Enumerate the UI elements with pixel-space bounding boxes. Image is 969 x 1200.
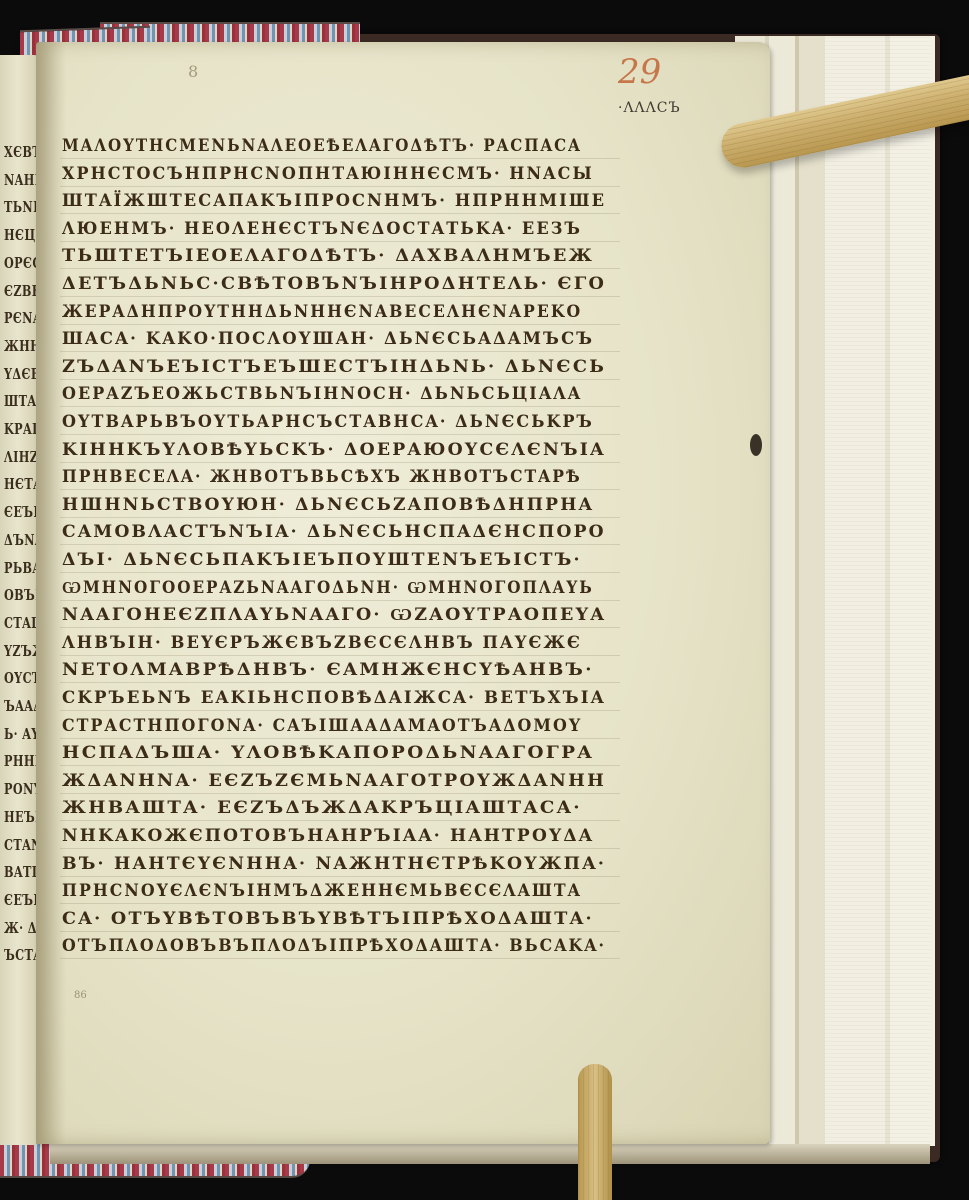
wooden-pointer-bottom <box>578 1064 612 1200</box>
manuscript-line: ϹΚΡЪΕЬΝЪ ΕΑΚΙЬΗϹΠΟΒѢΔΑΙЖϹΑ· ΒΕΤЪΧЪΙΑ <box>62 688 606 708</box>
manuscript-line: ΧΡΗϹΤΟϹЪΗΠΡΗϹΝΟΠΗΤΑЮΙΗНЄϹΜЪ· ΗΝΑϹЫ <box>62 164 594 184</box>
ruling-line <box>60 848 620 849</box>
ruling-line <box>60 931 620 932</box>
manuscript-line: ΟΤЪΠΛΟΔΟΒЪΒЪΠΛΟΔЪΙΠΡѢΧΟΔΑШΤΑ· ΒЬϹΑΚΑ· <box>62 936 606 956</box>
ruling-line <box>60 627 620 628</box>
ruling-line <box>60 462 620 463</box>
ruling-line <box>60 186 620 187</box>
ruling-line <box>60 324 620 325</box>
small-mark: 8 <box>188 62 198 81</box>
folio-number: 29 <box>618 52 661 92</box>
ruling-line <box>60 710 620 711</box>
ruling-line <box>60 655 620 656</box>
ruling-line <box>60 738 620 739</box>
ruling-line <box>60 876 620 877</box>
manuscript-line: ΠΡΗΒΕϹΕΛΑ· ЖΗΒΟΤЪΒЬϹѢΧЪ ЖΗΒΟΤЪϹΤΑΡѢ <box>62 467 582 487</box>
manuscript-line: ШΤΑΪЖШΤΕϹΑΠΑΚЪΙΠΡΟϹΝΗΜЪ· ΗΠΡΗΗΜΙШΕ <box>62 191 606 211</box>
ruling-line <box>60 158 620 159</box>
manuscript-line: ΗШΗΝЬϹΤΒΟΥЮΗ· ΔЬΝЄϹЬΖΑΠΟΒѢΔΗΠΡΗΑ <box>62 495 594 515</box>
manuscript-line: ϹΑΜΟΒΛΑϹΤЪΝЪΙΑ· ΔЬΝЄϹЬΗϹΠΑΔЄΗϹΠΟΡΟ <box>62 522 606 542</box>
ruling-line <box>60 572 620 573</box>
manuscript-line: ЖΗΒΑШΤΑ· ΕЄΖЪΔЪЖΔΑΚΡЪЦΙΑШΤΑϹΑ· <box>62 798 582 818</box>
manuscript-line: ΜΑΛΟΥΤΗϹΜΕΝЬΝΑΛΕΟΕѢΕΛΑΓΟΔѢΤЪ· ΡΑϹΠΑϹΑ <box>62 136 582 156</box>
manuscript-line: ΔЪΙ· ΔЬΝЄϹЬΠΑΚЪΙΕЪΠΟΥШΤΕΝЪΕЪΙϹΤЪ· <box>62 550 582 570</box>
manuscript-line: ЖΔΑΝΗΝΑ· ΕЄΖЪΖЄΜЬΝΑΑΓΟΤΡΟΥЖΔΑΝΗΗ <box>62 771 606 791</box>
manuscript-line: ΤЬШΤΕΤЪΙΕΟΕΛΑΓΟΔѢΤЪ· ΔΑΧΒΑΛΗΜЪΕЖ <box>62 246 594 266</box>
manuscript-line: ΝΑΑΓΟΗΕЄΖΠΛΑΥЬΝΑΑΓΟ· ѠΖΑΟΥΤΡΑΟΠΕΥΑ <box>62 605 606 625</box>
ruling-line <box>60 379 620 380</box>
manuscript-line: ϹΤΡΑϹΤΗΠΟΓΟΝΑ· ϹΑЪΙШΑΑΔΑΜΑΟΤЪΑΔΟΜΟΥ <box>62 716 582 736</box>
ruling-line <box>60 682 620 683</box>
manuscript-line: ΚΙΗΗΚЪΥΛΟΒѢΥЬϹΚЪ· ΔΟΕΡΑЮΟΥϹЄΛЄΝЪΙΑ <box>62 440 606 460</box>
ruling-line <box>60 434 620 435</box>
manuscript-line: ΛΗΒЪΙΗ· ΒΕΥЄΡЪЖЄΒЪΖΒЄϹЄΛΗΒЪ ΠΑΥЄЖЄ <box>62 633 582 653</box>
margin-note: 86 <box>74 990 87 1001</box>
ruling-line <box>60 406 620 407</box>
manuscript-line: ΝΕΤΟΛΜΑΒΡѢΔΗΒЪ· ЄΑΜΗЖЄΗϹΥѢΑΗΒЪ· <box>62 660 594 680</box>
ruling-line <box>60 820 620 821</box>
ruling-line <box>60 600 620 601</box>
manuscript-line: ΟΕΡΑΖЪΕΟЖЬϹΤΒЬΝЪΙΗΝΟϹΗ· ΔЬΝЬϹЬЦΙΑΛΑ <box>62 384 582 404</box>
ruling-line <box>60 544 620 545</box>
manuscript-line: ΖЪΔΑΝЪΕЪΙϹΤЪΕЪШΕϹΤЪΙΗΔЬΝЬ· ΔЬΝЄϹЬ <box>62 357 606 377</box>
ruling-line <box>60 793 620 794</box>
ruling-line <box>60 958 620 959</box>
manuscript-line: ЖΕΡΑΔΗΠΡΟΥΤΗΗΔЬΝΗΗЄΝΑΒΕϹΕΛΗЄΝΑΡΕΚΟ <box>62 302 582 322</box>
ruling-line <box>60 351 620 352</box>
ruling-line <box>60 517 620 518</box>
ruling-line <box>60 296 620 297</box>
manuscript-line: ΟΥΤΒΑΡЬΒЪΟΥΤЬΑΡΗϹЪϹΤΑΒΗϹΑ· ΔЬΝЄϹЬΚΡЪ <box>62 412 594 432</box>
manuscript-line: ϹΑ· ΟΤЪΥΒѢΤΟΒЪΒЪΥΒѢΤЪΙΠΡѢΧΟΔΑШΤΑ· <box>62 909 594 929</box>
manuscript-line: ѠΜΗΝΟΓΟΟΕΡΑΖЬΝΑΑΓΟΔЬΝΗ· ѠΜΗΝΟΓΟΠΛΑΥЬ <box>62 578 594 598</box>
manuscript-line: ΒЪ· ΗΑΗΤЄΥЄΝΗΗΑ· ΝΑЖΗΤΗЄΤΡѢΚΟΥЖΠΑ· <box>62 854 606 874</box>
manuscript-line: ΔΕΤЪΔЬΝЬϹ·ϹΒѢΤΟΒЪΝЪΙΗΡΟΔΗΤΕΛЬ· ЄΓΟ <box>62 274 606 294</box>
running-head: ·ΛΛΛCЪ <box>618 100 681 116</box>
page-bottom-edge <box>50 1144 930 1164</box>
manuscript-line: ΠΡΗϹΝΟΥЄΛЄΝЪΙΗΜЪΔЖΕΗΗЄΜЬΒЄϹЄΛΑШΤΑ <box>62 881 582 901</box>
ruling-line <box>60 268 620 269</box>
manuscript-line: ΛЮΕΗΜЪ· ΗΕΟΛЕНЄϹΤЪΝЄΔΟϹΤΑΤЬΚΑ· ΕΕЗЪ <box>62 219 582 239</box>
ruling-line <box>60 489 620 490</box>
manuscript-line: ΗϹΠΑΔЪШΑ· ΥΛΟΒѢΚΑΠΟΡΟΔЬΝΑΑΓΟΓΡΑ <box>62 743 594 763</box>
ruling-line <box>60 213 620 214</box>
ruling-line <box>60 241 620 242</box>
ink-stain <box>750 434 762 456</box>
manuscript-line: ШΑϹΑ· ΚΑΚΟ·ΠΟϹΛΟΥШΑΗ· ΔЬΝЄϹЬΑΔΑΜЪϹЪ <box>62 329 594 349</box>
manuscript-line: ΝΗΚΑΚΟЖЄΠΟΤΟΒЪΗΑΗΡЪΙΑΑ· ΗΑΗΤΡΟΥΔΑ <box>62 826 594 846</box>
ruling-line <box>60 765 620 766</box>
ruling-line <box>60 903 620 904</box>
